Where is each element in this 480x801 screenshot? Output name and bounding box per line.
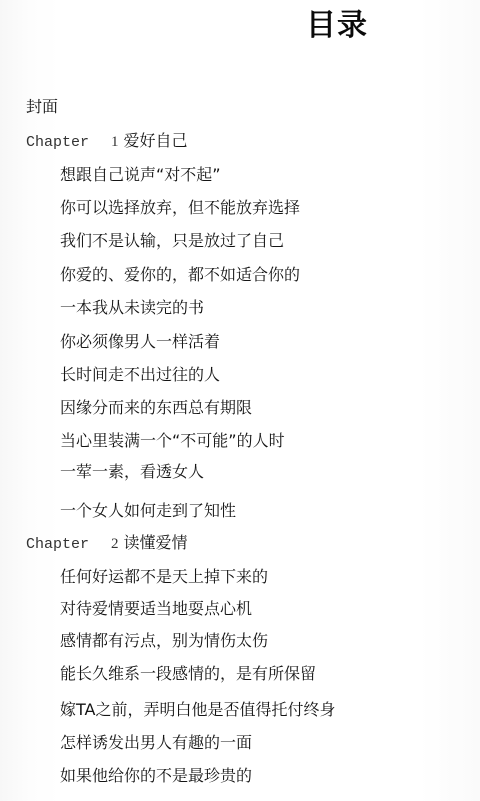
toc-section-entry[interactable]: 感情都有污点，别为情伤太伤	[60, 631, 268, 651]
page-title: 目录	[306, 8, 368, 44]
toc-section-entry[interactable]: 对待爱情要适当地耍点心机	[60, 599, 252, 619]
toc-section-entry[interactable]: 一个女人如何走到了知性	[60, 501, 236, 521]
toc-top-entry[interactable]: 封面	[26, 97, 58, 117]
toc-section-entry[interactable]: 能长久维系一段感情的，是有所保留	[60, 664, 316, 684]
chapter-title: 读懂爱情	[124, 533, 188, 552]
toc-section-entry[interactable]: 你必须像男人一样活着	[60, 332, 220, 352]
toc-section-entry[interactable]: 一荤一素，看透女人	[60, 462, 204, 482]
toc-chapter-entry[interactable]: Chapter1爱好自己	[26, 131, 188, 153]
chapter-word: Chapter	[26, 536, 89, 553]
chapter-number: 1	[111, 134, 119, 150]
toc-section-entry[interactable]: 如果他给你的不是最珍贵的	[60, 766, 252, 786]
chapter-word: Chapter	[26, 134, 89, 151]
chapter-title: 爱好自己	[124, 131, 188, 150]
toc-section-entry[interactable]: 我们不是认输，只是放过了自己	[60, 231, 284, 251]
toc-section-entry[interactable]: 当心里装满一个“不可能”的人时	[60, 431, 285, 451]
toc-section-entry[interactable]: 嫁TA之前，弄明白他是否值得托付终身	[60, 700, 335, 720]
toc-section-entry[interactable]: 一本我从未读完的书	[60, 298, 204, 318]
toc-section-entry[interactable]: 因缘分而来的东西总有期限	[60, 398, 252, 418]
toc-section-entry[interactable]: 你可以选择放弃，但不能放弃选择	[60, 198, 300, 218]
toc-section-entry[interactable]: 怎样诱发出男人有趣的一面	[60, 733, 252, 753]
toc-section-entry[interactable]: 你爱的、爱你的，都不如适合你的	[60, 265, 300, 285]
toc-section-entry[interactable]: 长时间走不出过往的人	[60, 365, 220, 385]
toc-section-entry[interactable]: 任何好运都不是天上掉下来的	[60, 567, 268, 587]
toc-chapter-entry[interactable]: Chapter2读懂爱情	[26, 533, 188, 555]
chapter-number: 2	[111, 536, 119, 552]
toc-section-entry[interactable]: 想跟自己说声“对不起”	[60, 165, 221, 185]
toc-page: 目录 封面Chapter1爱好自己想跟自己说声“对不起”你可以选择放弃，但不能放…	[0, 0, 480, 801]
